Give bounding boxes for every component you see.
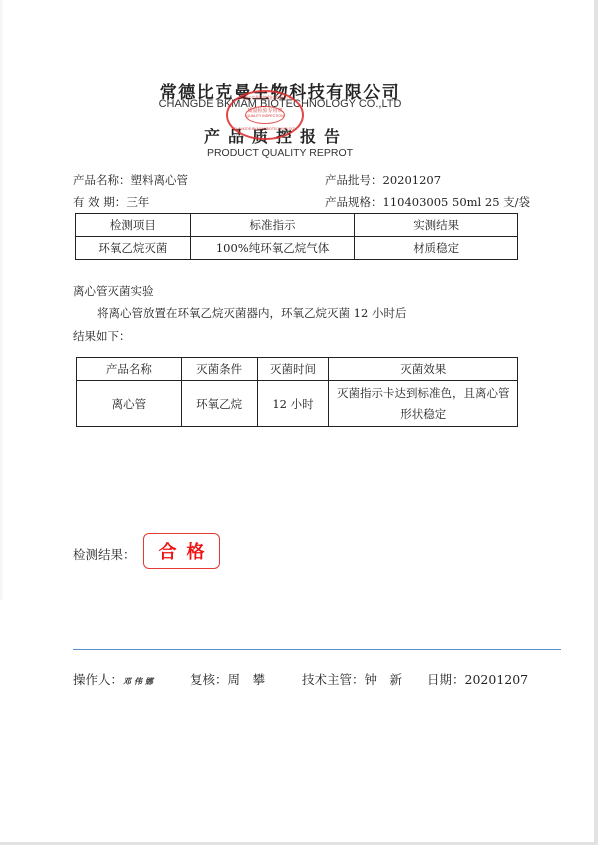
test-table-header-standard: 标准指示 [190,214,355,237]
date-label: 日期： [427,672,465,687]
reviewer-label: 复核： [190,672,228,687]
sterilization-table-header-row: 产品名称 灭菌条件 灭菌时间 灭菌效果 [77,358,518,381]
effect-cell: 灭菌指示卡达到标准色，且离心管 形状稳定 [329,381,518,427]
supervisor-label: 技术主管： [302,672,365,687]
reviewer-name: 周 攀 [228,672,266,687]
test-standard-cell: 100%纯环氧乙烷气体 [190,237,355,260]
validity-line: 有 效 期：三年 [73,194,149,210]
header-effect: 灭菌效果 [329,358,518,381]
batch-line: 产品批号：20201207 [325,172,441,188]
header-product-name: 产品名称 [77,358,182,381]
product-name-cell: 离心管 [77,381,182,427]
quality-inspection-seal: 常德比克曼生物科技有限公司 质量检验专用章 QUALITY INSPECTION… [226,90,304,140]
product-name-value: 塑料离心管 [131,173,189,187]
validity-value: 三年 [126,195,149,209]
seal-center-cn: 质量检验专用章 [228,107,302,114]
inspection-result-label: 检测结果： [73,545,136,563]
seal-arc-top-text: 常德比克曼生物科技有限公司 [228,95,302,101]
seal-arc-bottom-text: CHANGDE BKMAM BIOTECHNOLOGY [228,127,302,131]
test-table-header-result: 实测结果 [355,214,518,237]
test-table-header-row: 检测项目 标准指示 实测结果 [76,214,518,237]
sterilization-table: 产品名称 灭菌条件 灭菌时间 灭菌效果 离心管 环氧乙烷 12 小时 灭菌指示卡… [76,357,518,427]
reviewer-field: 复核：周 攀 [190,670,265,688]
pass-stamp-text: 合格 [149,538,215,564]
page-edge-right [594,0,598,845]
test-table: 检测项目 标准指示 实测结果 环氧乙烷灭菌 100%纯环氧乙烷气体 材质稳定 [75,213,518,260]
operator-label: 操作人： [73,672,123,687]
test-item-cell: 环氧乙烷灭菌 [76,237,191,260]
product-name-line: 产品名称：塑料离心管 [73,172,188,188]
batch-value: 20201207 [383,173,442,187]
pass-stamp: 合格 [143,533,220,569]
product-name-label: 产品名称： [73,173,131,187]
date-value: 20201207 [465,672,529,687]
test-result-cell: 材质稳定 [355,237,518,260]
experiment-title: 离心管灭菌实验 [73,283,154,299]
duration-cell: 12 小时 [257,381,329,427]
effect-line-2: 形状稳定 [329,404,517,425]
spec-value: 110403005 50ml 25 支/袋 [383,195,531,209]
condition-cell: 环氧乙烷 [181,381,257,427]
date-field: 日期：20201207 [427,670,528,688]
validity-label: 有 效 期： [73,195,126,209]
header-duration: 灭菌时间 [257,358,329,381]
supervisor-name: 钟 新 [365,672,403,687]
batch-label: 产品批号： [325,173,383,187]
table-row: 离心管 环氧乙烷 12 小时 灭菌指示卡达到标准色，且离心管 形状稳定 [77,381,518,427]
seal-center-en: QUALITY INSPECTION [228,114,302,118]
test-table-header-item: 检测项目 [76,214,191,237]
spec-label: 产品规格： [325,195,383,209]
footer-divider [73,649,561,650]
spec-line: 产品规格：110403005 50ml 25 支/袋 [325,194,530,210]
header-condition: 灭菌条件 [181,358,257,381]
supervisor-field: 技术主管：钟 新 [302,670,402,688]
experiment-description: 将离心管放置在环氧乙烷灭菌器内，环氧乙烷灭菌 12 小时后 [97,305,406,321]
effect-line-1: 灭菌指示卡达到标准色，且离心管 [329,383,517,404]
table-row: 环氧乙烷灭菌 100%纯环氧乙烷气体 材质稳定 [76,237,518,260]
report-title-en: PRODUCT QUALITY REPROT [0,147,560,159]
operator-field: 操作人：邓伟娜 [73,670,156,688]
result-intro: 结果如下： [73,328,131,344]
operator-signature: 邓伟娜 [123,676,156,686]
